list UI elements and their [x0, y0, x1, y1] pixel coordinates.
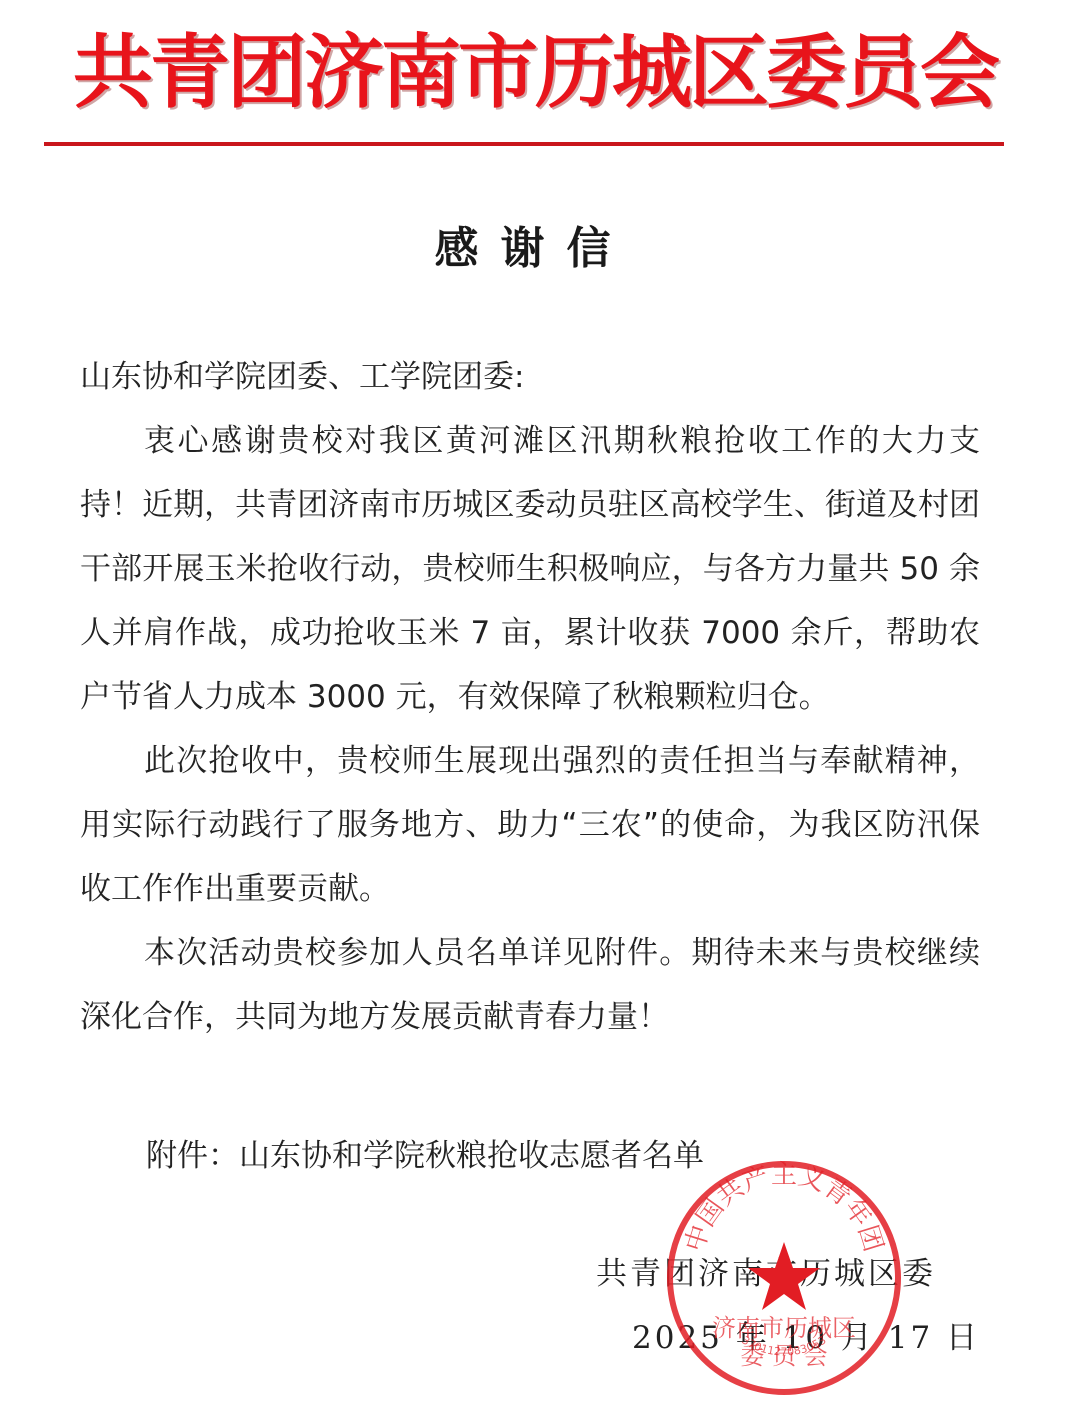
official-seal: 中国共产主义青年团 济南市历城区 委 员 会 3701127083053	[664, 1158, 904, 1398]
letterhead-rule	[44, 142, 1004, 146]
svg-text:济南市历城区: 济南市历城区	[712, 1314, 856, 1342]
svg-text:中国共产主义青年团: 中国共产主义青年团	[680, 1160, 888, 1255]
letter-body: 山东协和学院团委、工学院团委: 衷心感谢贵校对我区黄河滩区汛期秋粮抢收工作的大力…	[80, 345, 980, 1049]
paragraph: 衷心感谢贵校对我区黄河滩区汛期秋粮抢收工作的大力支持！近期，共青团济南市历城区委…	[80, 409, 980, 729]
star-icon	[748, 1242, 820, 1310]
paragraph: 此次抢收中，贵校师生展现出强烈的责任担当与奉献精神，用实际行动践行了服务地方、助…	[80, 729, 980, 921]
salutation: 山东协和学院团委、工学院团委:	[80, 345, 980, 409]
paragraph: 本次活动贵校参加人员名单详见附件。期待未来与贵校继续深化合作，共同为地方发展贡献…	[80, 921, 980, 1049]
attachment-note: 附件：山东协和学院秋粮抢收志愿者名单	[146, 1130, 704, 1175]
letterhead-org-name: 共青团济南市历城区委员会	[40, 18, 1030, 128]
letter-title: 感谢信	[0, 212, 1067, 276]
